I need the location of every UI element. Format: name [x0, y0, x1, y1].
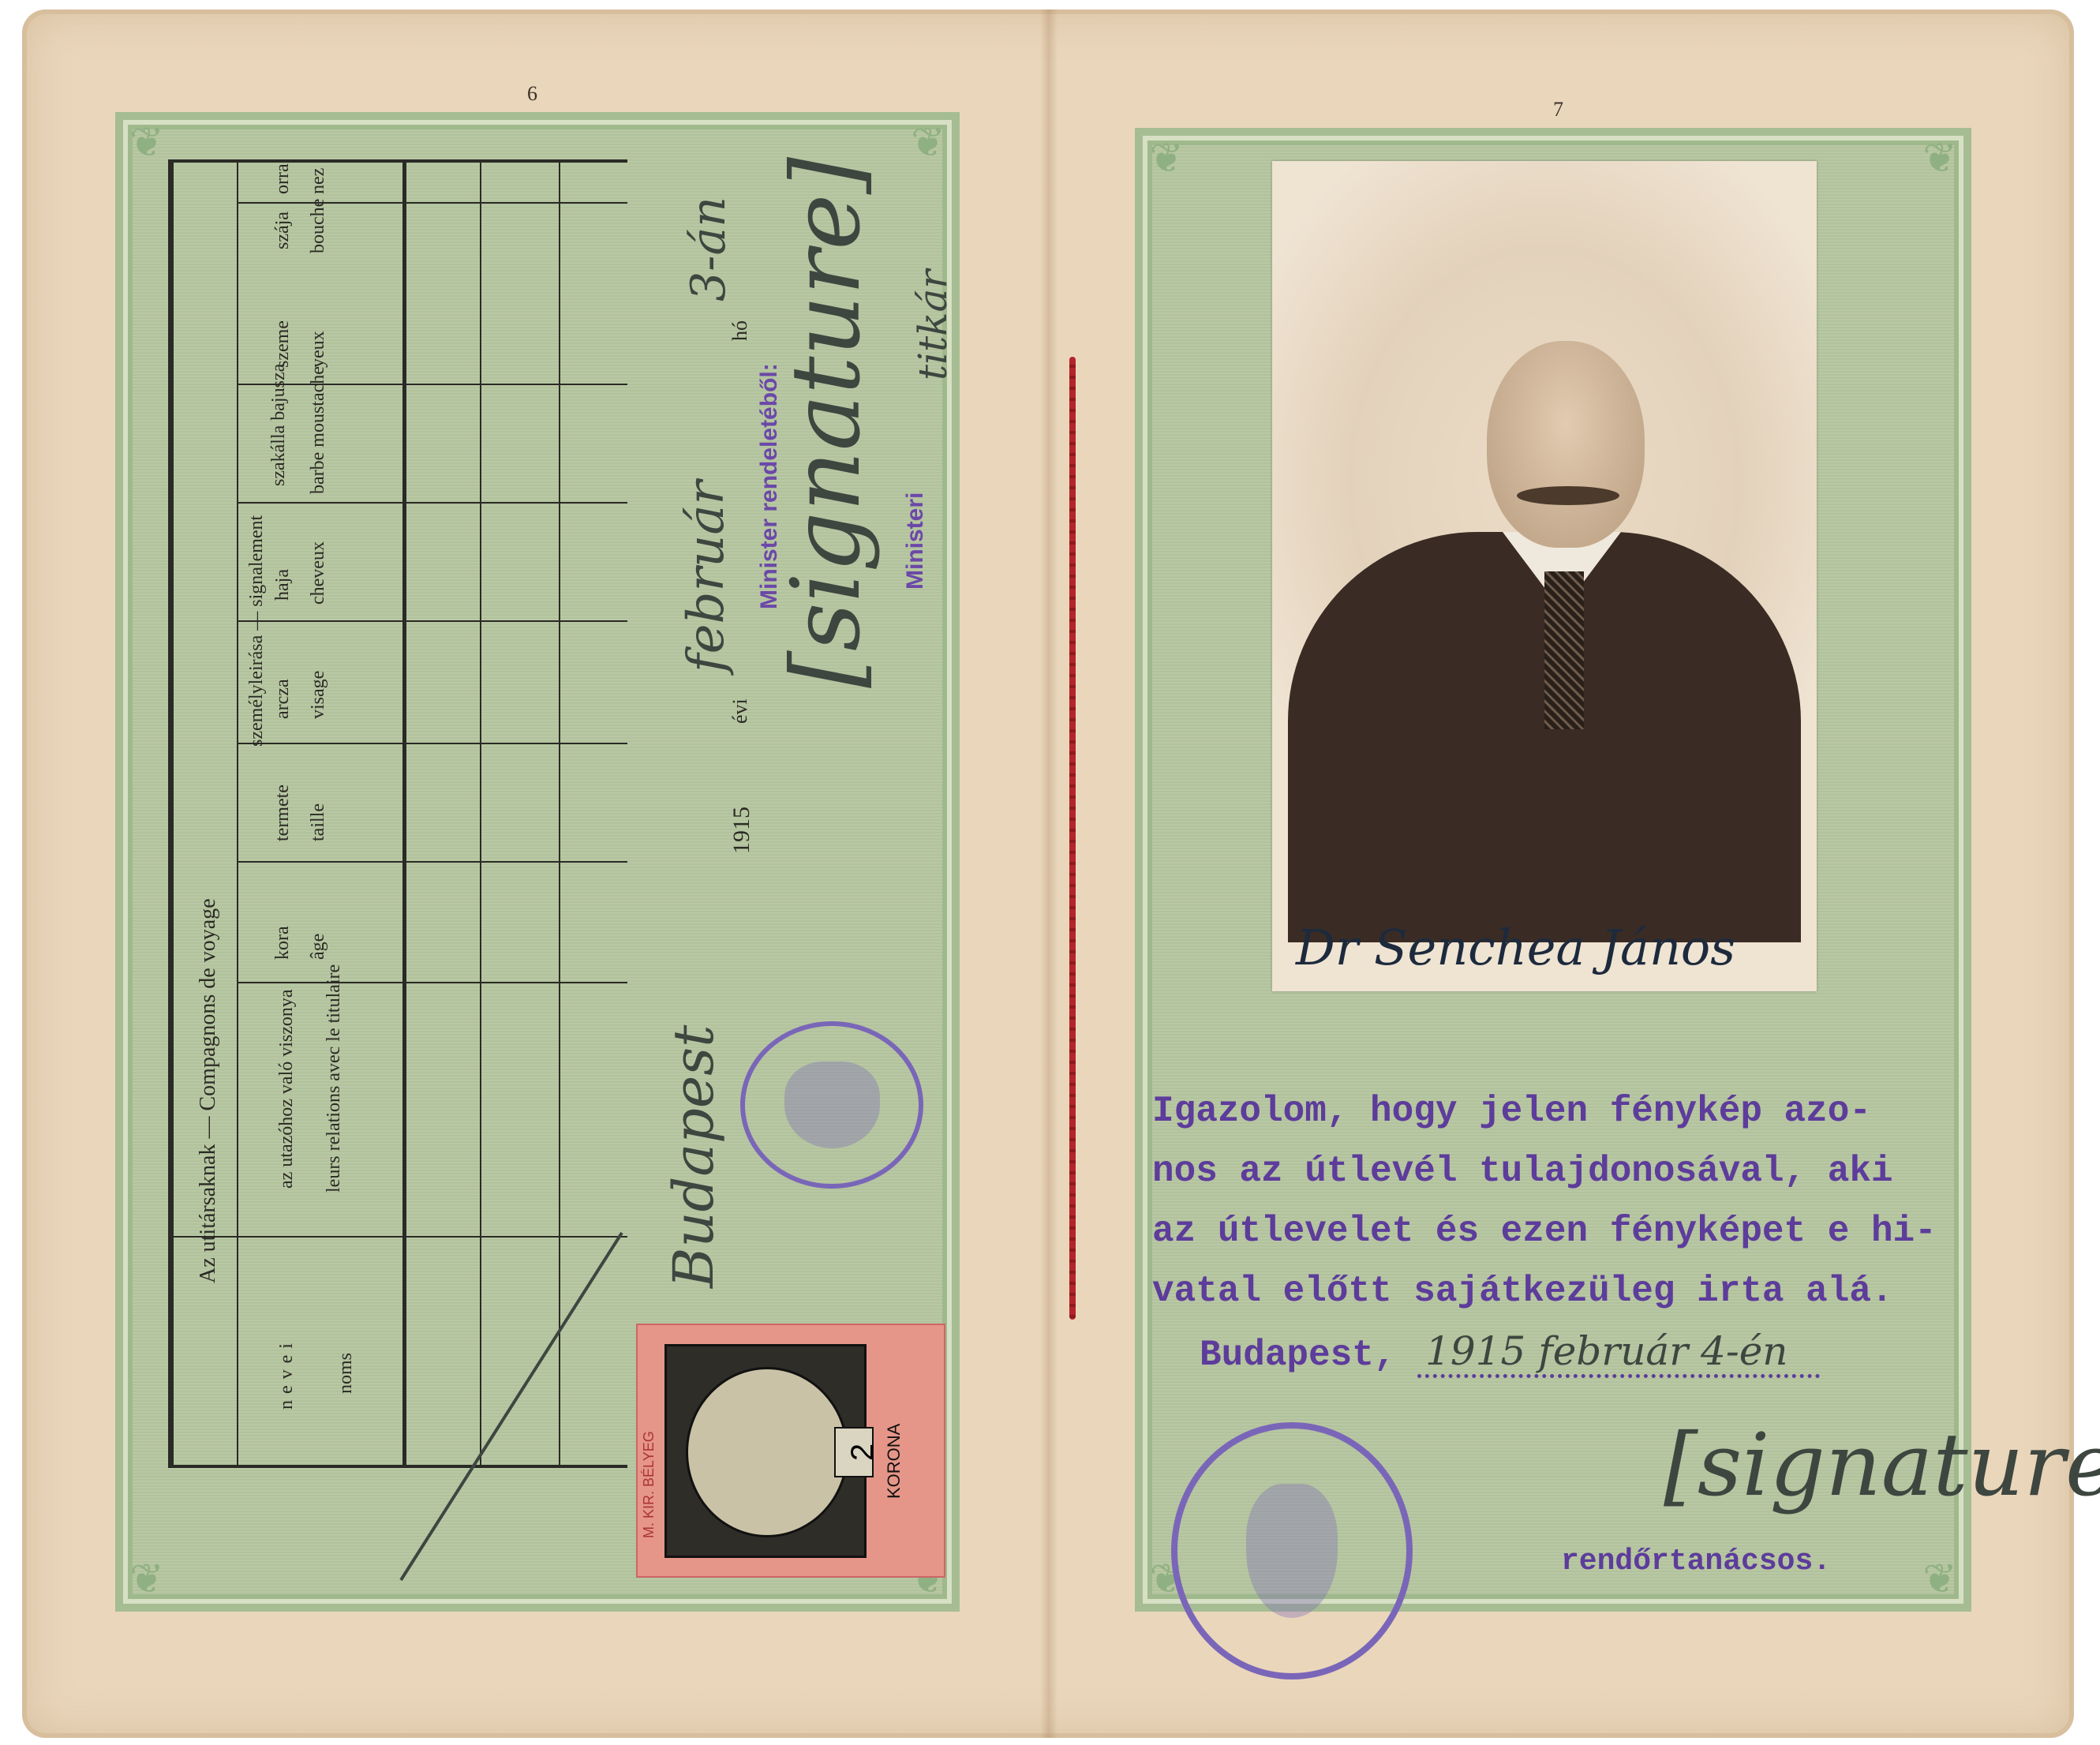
col-relation-fr: leurs relations avec le titulaire — [324, 964, 345, 1193]
cert-place: Budapest, — [1200, 1335, 1395, 1376]
ornament-icon: ❦ — [1143, 136, 1190, 183]
ornament-icon: ❦ — [123, 1556, 170, 1604]
col-beard-fr: barbe moustache — [308, 366, 329, 494]
table-title: Az utitársaknak — Compagnons de voyage — [196, 898, 221, 1283]
signature: [signature] — [772, 157, 882, 688]
col-age-fr: âge — [308, 934, 329, 960]
ministeri-stamp: Ministeri — [902, 492, 929, 590]
signalement-header: személyleirása — signalement — [246, 515, 268, 747]
col-face-hu: arcza — [272, 679, 294, 719]
stamp-label: M. KIR. BÉLYEG — [641, 1431, 657, 1538]
crown-icon — [1246, 1484, 1338, 1619]
official-signature: [signature] — [1664, 1414, 2100, 1515]
certification-text: Igazolom, hogy jelen fénykép azo- nos az… — [1152, 1081, 1957, 1385]
stamp-unit: KORONA — [884, 1424, 904, 1499]
cert-line: Igazolom, hogy jelen fénykép azo- — [1152, 1081, 1957, 1141]
col-eyes-hu: szeme — [272, 320, 294, 368]
passport-booklet: 6 ❦ ❦ ❦ ❦ Az utitársaknak — Compagnons d… — [22, 9, 2074, 1738]
cert-line: az útlevelet és ezen fényképet e hi- — [1152, 1201, 1957, 1261]
page-number: 6 — [527, 82, 537, 106]
col-hair-fr: cheveux — [308, 541, 329, 605]
coat-of-arms-icon — [784, 1062, 880, 1148]
portrait-head — [1487, 341, 1645, 548]
issue-day-label: hó — [728, 320, 752, 341]
col-names-fr: noms — [335, 1353, 357, 1394]
holder-signature: Dr Senchea János — [1296, 919, 1735, 976]
col-mouth-hu: szája — [272, 212, 294, 249]
issue-month: február — [677, 481, 736, 672]
issue-year-label: évi — [728, 698, 752, 724]
police-seal — [1171, 1422, 1413, 1679]
col-hair-hu: haja — [272, 569, 294, 601]
cert-date: 1915 február 4-én — [1417, 1328, 1819, 1378]
holder-photo: Dr Senchea János — [1272, 161, 1817, 991]
col-beard-hu: szakálla bajusza — [268, 364, 290, 486]
col-nose-fr: nez — [308, 168, 329, 194]
cancel-stroke — [393, 1225, 630, 1588]
ministry-seal — [740, 1021, 923, 1189]
issue-year: 1915 — [728, 807, 755, 854]
ornament-icon: ❦ — [1916, 1556, 1963, 1604]
cert-line: vatal előtt sajátkezüleg irta alá. — [1152, 1261, 1957, 1321]
col-names-hu: nevei — [276, 1337, 298, 1410]
secretary-signature: titkár — [910, 270, 956, 380]
issue-place: Budapest — [661, 1025, 726, 1288]
left-page: 6 ❦ ❦ ❦ ❦ Az utitársaknak — Compagnons d… — [22, 9, 1048, 1738]
col-relation-hu: az utazóhoz való viszonya — [276, 989, 298, 1189]
issue-day: 3-án — [681, 197, 736, 301]
page-number: 7 — [1553, 98, 1563, 122]
col-height-fr: taille — [308, 803, 329, 841]
col-nose-hu: orra — [272, 163, 294, 194]
col-face-fr: visage — [308, 671, 329, 719]
crown-arms-icon — [686, 1367, 848, 1537]
col-mouth-fr: bouche — [308, 199, 329, 253]
col-height-hu: termete — [272, 785, 294, 841]
ornament-icon: ❦ — [1916, 136, 1963, 183]
portrait — [1272, 161, 1817, 871]
col-eyes-fr: yeux — [308, 331, 329, 368]
col-age-hu: kora — [272, 926, 294, 960]
date-line: Budapest, 1915 február 4-én — [1152, 1321, 1957, 1385]
ornament-icon: ❦ — [123, 120, 170, 167]
stamp-value: 2 — [834, 1427, 874, 1477]
official-title: rendőrtanácsos. — [1561, 1545, 1831, 1578]
cert-line: nos az útlevél tulajdonosával, aki — [1152, 1141, 1957, 1201]
revenue-stamp: 2 KORONA M. KIR. BÉLYEG — [636, 1324, 945, 1578]
ornament-icon: ❦ — [904, 120, 952, 167]
